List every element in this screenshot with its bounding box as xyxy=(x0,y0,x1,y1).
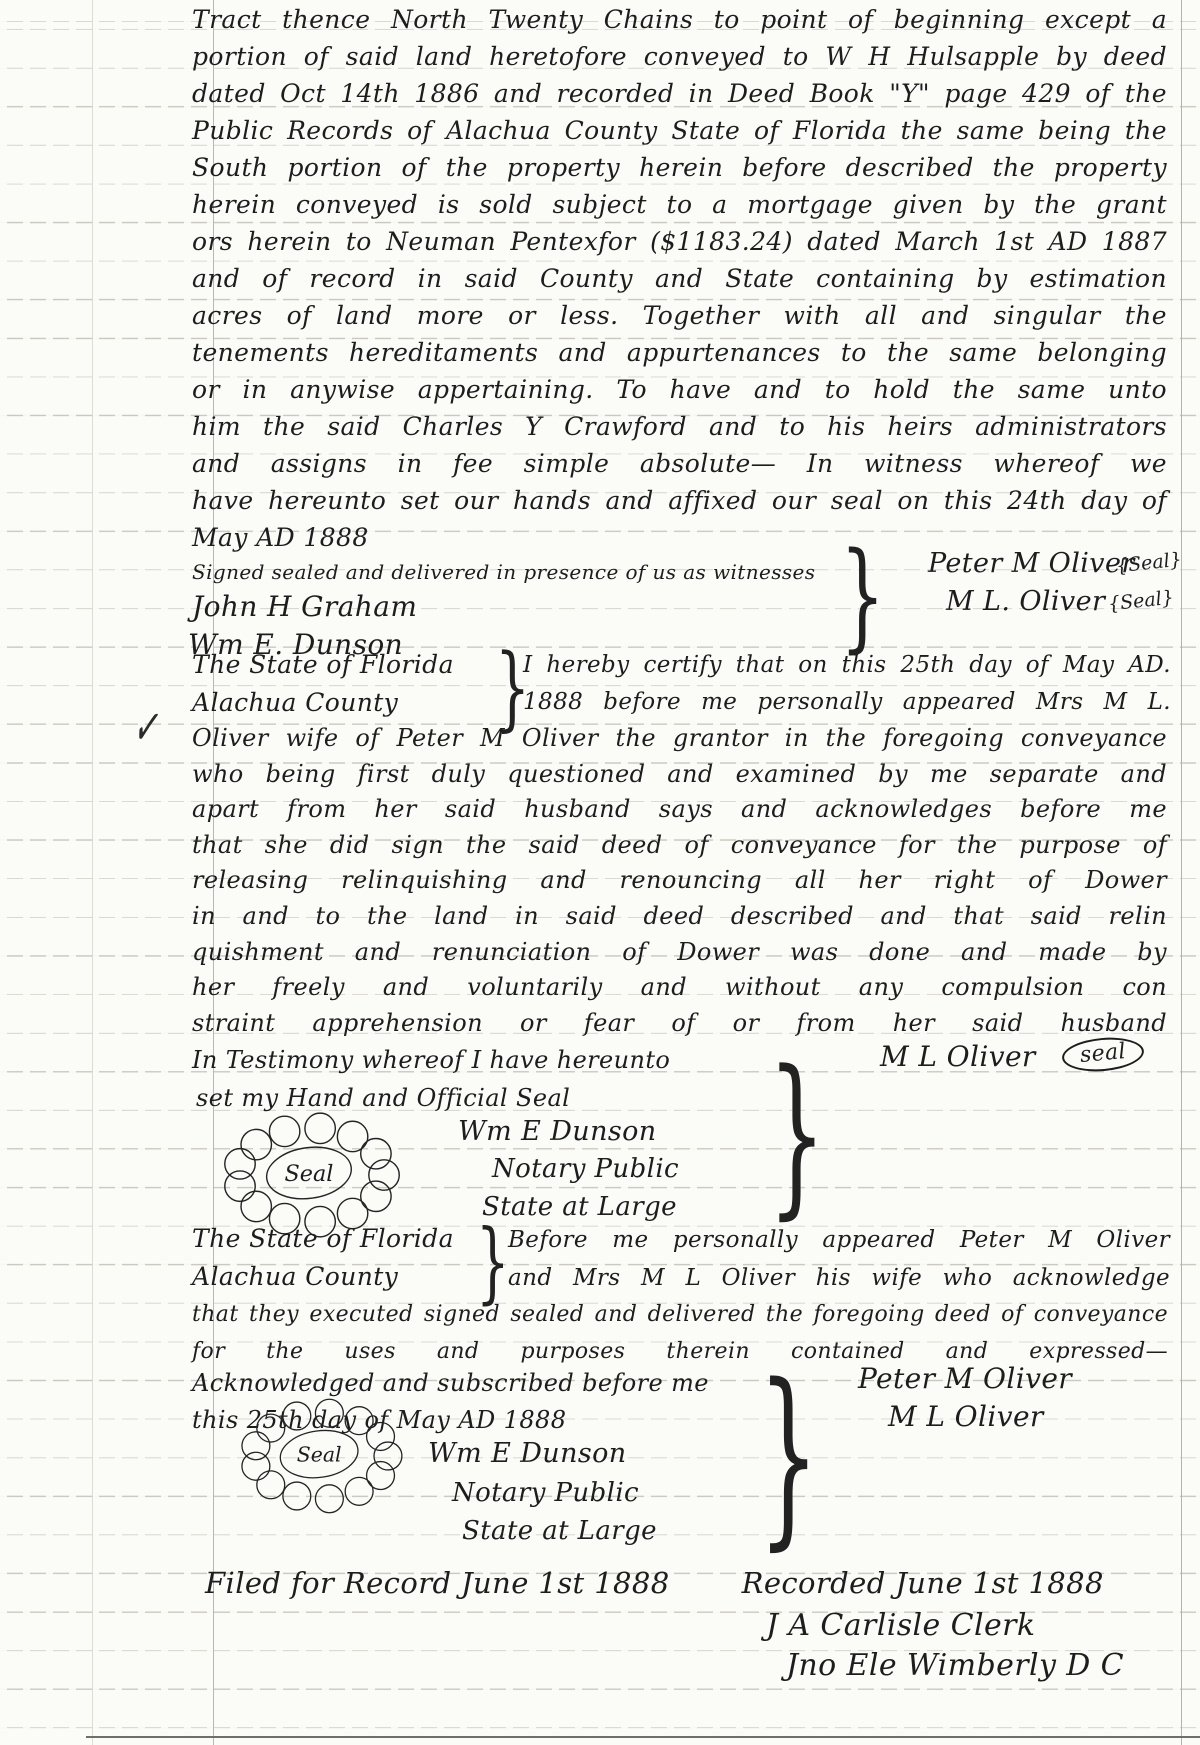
handwritten-line: Oliver wife of Peter M Oliver the granto… xyxy=(192,721,1167,757)
acknowledgment-opening: Before me personally appeared Peter M Ol… xyxy=(508,1221,1170,1297)
handwritten-line: and Mrs M L Oliver his wife who acknowle… xyxy=(508,1259,1170,1297)
handwritten-line: dated Oct 14th 1886 and recorded in Deed… xyxy=(192,75,1167,112)
handwritten-line: quishment and renunciation of Dower was … xyxy=(192,935,1167,971)
handwritten-line: and of record in said County and State c… xyxy=(192,260,1167,297)
handwritten-line: tenements hereditaments and appurtenance… xyxy=(192,334,1167,371)
venue-state: The State of Florida xyxy=(192,650,454,679)
deed-body-text: Tract thence North Twenty Chains to poin… xyxy=(192,1,1167,556)
notary-jurisdiction: State at Large xyxy=(462,1516,657,1546)
witness-attestation: Signed sealed and delivered in presence … xyxy=(192,560,847,584)
venue-county: Alachua County xyxy=(192,1262,398,1291)
handwritten-line: him the said Charles Y Crawford and to h… xyxy=(192,408,1167,445)
grantor-signature: M L. Oliver xyxy=(946,586,1105,617)
notary-brace: } xyxy=(768,1048,826,1221)
acknowledgment-body: Oliver wife of Peter M Oliver the granto… xyxy=(192,721,1167,1041)
margin-checkmark: ✓ xyxy=(130,696,166,760)
notary-seal-scribble: Seal xyxy=(228,1390,414,1522)
handwritten-line: Public Records of Alachua County State o… xyxy=(192,112,1167,149)
notary-seal-text: Seal xyxy=(285,1161,334,1187)
handwritten-line: that she did sign the said deed of conve… xyxy=(192,828,1167,864)
seal-annotation: {Seal} xyxy=(1107,587,1175,616)
handwritten-line: herein conveyed is sold subject to a mor… xyxy=(192,186,1167,223)
handwritten-line: and assigns in fee simple absolute— In w… xyxy=(192,445,1167,482)
acknowledgment-opening: I hereby certify that on this 25th day o… xyxy=(523,647,1171,721)
testimony-line: In Testimony whereof I have hereunto xyxy=(192,1046,670,1074)
deputy-clerk-signature: Jno Ele Wimberly D C xyxy=(786,1648,1124,1683)
notary-name-signature: Wm E Dunson xyxy=(428,1438,627,1469)
notary-name-signature: Wm E Dunson xyxy=(458,1116,657,1147)
acknowledgment-body: that they executed signed sealed and del… xyxy=(192,1296,1168,1370)
venue-brace: } xyxy=(476,1218,510,1306)
venue-state: The State of Florida xyxy=(192,1224,454,1253)
handwritten-line: apart from her said husband says and ack… xyxy=(192,792,1167,828)
handwritten-line: that they executed signed sealed and del… xyxy=(192,1296,1168,1333)
handwritten-line: straint apprehension or fear of or from … xyxy=(192,1006,1167,1042)
page-bottom-edge xyxy=(86,1736,1200,1738)
grantor-signature: M L Oliver xyxy=(888,1400,1044,1433)
handwritten-line: 1888 before me personally appeared Mrs M… xyxy=(523,684,1171,721)
handwritten-line: portion of said land heretofore conveyed… xyxy=(192,38,1167,75)
notary-brace: } xyxy=(758,1360,819,1553)
grantor-signature: Peter M Oliver xyxy=(858,1362,1072,1395)
notary-title: Notary Public xyxy=(452,1478,639,1508)
handwritten-line: I hereby certify that on this 25th day o… xyxy=(523,647,1171,684)
venue-county: Alachua County xyxy=(192,688,398,717)
recorded-note: Recorded June 1st 1888 xyxy=(742,1566,1104,1600)
witness-signature: John H Graham xyxy=(192,590,417,623)
margin-line-right xyxy=(1181,0,1182,1745)
ledger-page: ✓ Tract thence North Twenty Chains to po… xyxy=(0,0,1200,1745)
handwritten-line: Before me personally appeared Peter M Ol… xyxy=(508,1221,1170,1259)
handwritten-line: ors herein to Neuman Pentexfor ($1183.24… xyxy=(192,223,1167,260)
handwritten-line: Tract thence North Twenty Chains to poin… xyxy=(192,1,1167,38)
filed-note: Filed for Record June 1st 1888 xyxy=(205,1566,670,1600)
notary-seal-text: Seal xyxy=(297,1443,342,1467)
handwritten-line: her freely and voluntarily and without a… xyxy=(192,970,1167,1006)
handwritten-line: who being first duly questioned and exam… xyxy=(192,757,1167,793)
notary-jurisdiction: State at Large xyxy=(482,1192,677,1222)
grantor-signature: Peter M Oliver xyxy=(928,548,1135,579)
handwritten-line: in and to the land in said deed describe… xyxy=(192,899,1167,935)
handwritten-line: releasing relinquishing and renouncing a… xyxy=(192,863,1167,899)
handwritten-line: acres of land more or less. Together wit… xyxy=(192,297,1167,334)
handwritten-line: have hereunto set our hands and affixed … xyxy=(192,482,1167,519)
margin-line-outer xyxy=(92,0,93,1745)
notary-title: Notary Public xyxy=(492,1154,679,1184)
clerk-signature: J A Carlisle Clerk xyxy=(766,1608,1035,1643)
handwritten-line: South portion of the property herein bef… xyxy=(192,149,1167,186)
grantor-signature: M L Oliver xyxy=(880,1040,1036,1073)
handwritten-line: or in anywise appertaining. To have and … xyxy=(192,371,1167,408)
witness-brace: } xyxy=(840,536,885,654)
